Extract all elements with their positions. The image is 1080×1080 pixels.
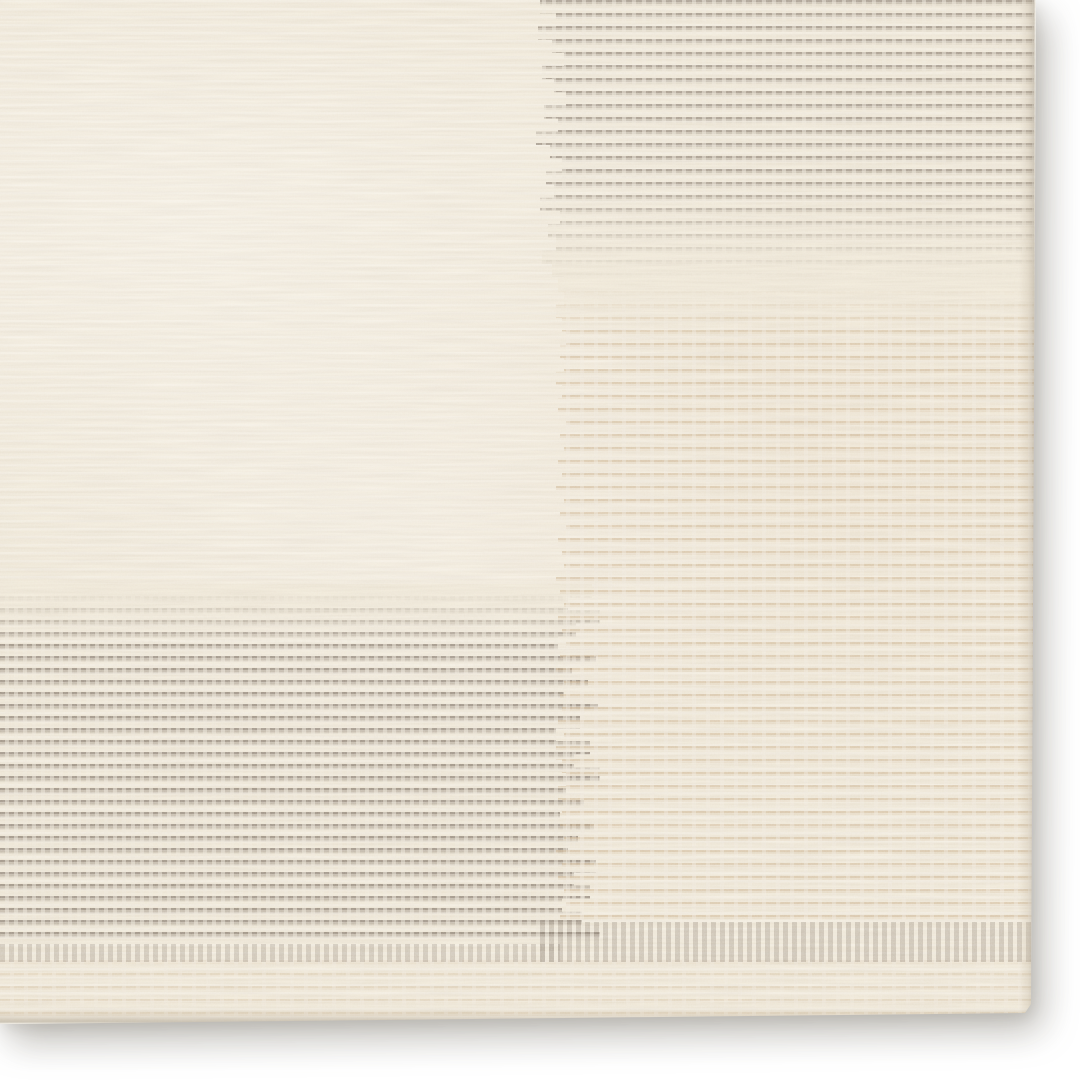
speckle-band-bottom-right — [540, 922, 1034, 962]
ribbed-band-bottom — [0, 960, 1034, 1022]
stripe-block-top-right-fade — [536, 180, 1034, 290]
stripe-block-top-right — [536, 0, 1034, 290]
rug — [0, 0, 1037, 1025]
ribbed-panel-right — [556, 278, 1034, 920]
product-photo — [0, 0, 1080, 1080]
speckle-band-bottom-left — [0, 944, 560, 962]
rug-shadow-wrap — [0, 0, 1037, 1025]
stripe-block-bottom-left-fade — [0, 584, 602, 644]
stripe-block-bottom-left — [0, 584, 602, 938]
